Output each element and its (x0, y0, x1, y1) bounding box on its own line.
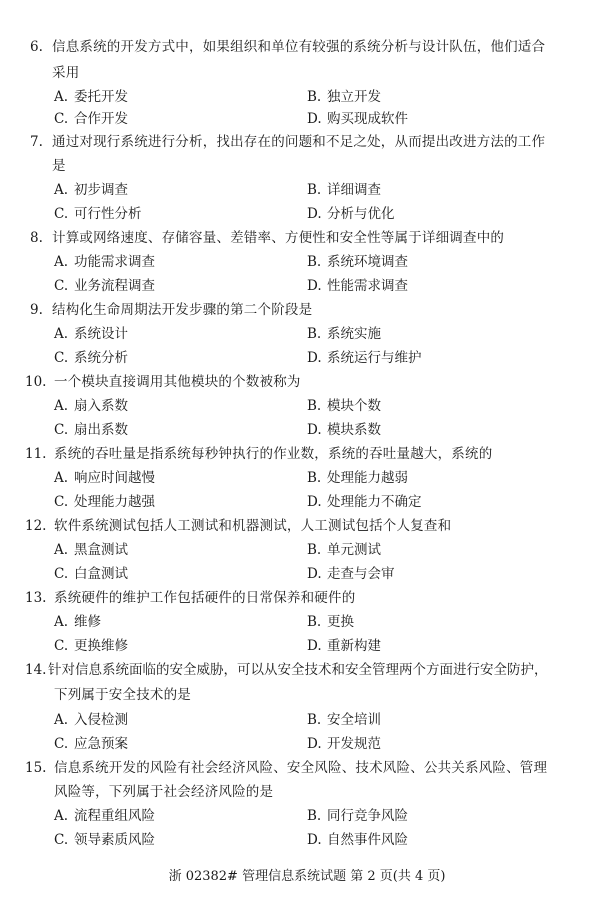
option-c: C.处理能力越强 (54, 492, 155, 512)
question-number: 13. (25, 588, 46, 608)
question-stem: 系统硬件的维护工作包括硬件的日常保养和硬件的 (54, 588, 355, 608)
option-b: B.处理能力越弱 (307, 468, 408, 488)
option-b: B.系统环境调查 (307, 252, 408, 272)
question-stem: 针对信息系统面临的安全威胁，可以从安全技术和安全管理两个方面进行安全防护， (48, 660, 548, 680)
option-b: B.模块个数 (307, 396, 381, 416)
question-number: 8. (30, 228, 43, 248)
option-c: C.合作开发 (54, 109, 128, 129)
option-d: D.性能需求调查 (307, 276, 408, 296)
option-b: B.更换 (307, 612, 354, 632)
question-stem: 信息系统的开发方式中，如果组织和单位有较强的系统分析与设计队伍，他们适合 (52, 37, 545, 57)
option-d: D.系统运行与维护 (307, 348, 422, 368)
question-number: 6. (30, 37, 43, 57)
exam-page: 6. 信息系统的开发方式中，如果组织和单位有较强的系统分析与设计队伍，他们适合 … (0, 0, 614, 909)
option-b: B.同行竞争风险 (307, 806, 408, 826)
option-a: A.入侵检测 (54, 710, 128, 730)
question-number: 15. (25, 758, 46, 778)
question-number: 14. (25, 660, 46, 680)
option-a: A.系统设计 (54, 324, 128, 344)
question-stem: 结构化生命周期法开发步骤的第二个阶段是 (52, 300, 312, 320)
option-c: C.可行性分析 (54, 204, 142, 224)
option-c: C.扇出系数 (54, 420, 128, 440)
option-b: B.系统实施 (307, 324, 381, 344)
question-stem: 是 (52, 156, 66, 176)
question-number: 9. (30, 300, 43, 320)
question-stem: 一个模块直接调用其他模块的个数被称为 (54, 372, 301, 392)
option-a: A.流程重组风险 (54, 806, 155, 826)
option-a: A.扇入系数 (54, 396, 128, 416)
option-c: C.应急预案 (54, 734, 128, 754)
question-number: 11. (25, 444, 46, 464)
option-a: A.黑盒测试 (54, 540, 128, 560)
option-c: C.业务流程调查 (54, 276, 155, 296)
option-b: B.详细调查 (307, 180, 381, 200)
option-d: D.自然事件风险 (307, 830, 408, 850)
question-stem: 下列属于安全技术的是 (54, 685, 191, 705)
option-c: C.系统分析 (54, 348, 128, 368)
option-c: C.白盒测试 (54, 564, 128, 584)
option-b: B.单元测试 (307, 540, 381, 560)
option-b: B.独立开发 (307, 87, 381, 107)
option-d: D.重新构建 (307, 636, 381, 656)
option-d: D.购买现成软件 (307, 109, 408, 129)
option-c: C.更换维修 (54, 636, 128, 656)
question-stem: 系统的吞吐量是指系统每秒钟执行的作业数，系统的吞吐量越大，系统的 (54, 444, 492, 464)
question-stem: 风险等，下列属于社会经济风险的是 (54, 782, 273, 802)
page-footer: 浙 02382# 管理信息系统试题 第 2 页(共 4 页) (0, 868, 614, 886)
option-a: A.委托开发 (54, 87, 128, 107)
option-c: C.领导素质风险 (54, 830, 155, 850)
question-stem: 通过对现行系统进行分析，找出存在的问题和不足之处，从而提出改进方法的工作 (52, 132, 545, 152)
option-a: A.初步调查 (54, 180, 128, 200)
question-number: 7. (30, 132, 43, 152)
option-d: D.走查与会审 (307, 564, 395, 584)
question-number: 10. (25, 372, 46, 392)
option-d: D.分析与优化 (307, 204, 395, 224)
option-d: D.模块系数 (307, 420, 381, 440)
option-a: A.响应时间越慢 (54, 468, 155, 488)
question-stem: 计算或网络速度、存储容量、差错率、方便性和安全性等属于详细调查中的 (52, 228, 504, 248)
option-b: B.安全培训 (307, 710, 381, 730)
question-stem: 采用 (52, 63, 79, 83)
question-stem: 信息系统开发的风险有社会经济风险、安全风险、技术风险、公共关系风险、管理 (54, 758, 547, 778)
question-number: 12. (25, 516, 46, 536)
option-a: A.维修 (54, 612, 101, 632)
option-a: A.功能需求调查 (54, 252, 155, 272)
option-d: D.开发规范 (307, 734, 381, 754)
option-d: D.处理能力不确定 (307, 492, 422, 512)
question-stem: 软件系统测试包括人工测试和机器测试，人工测试包括个人复查和 (54, 516, 451, 536)
